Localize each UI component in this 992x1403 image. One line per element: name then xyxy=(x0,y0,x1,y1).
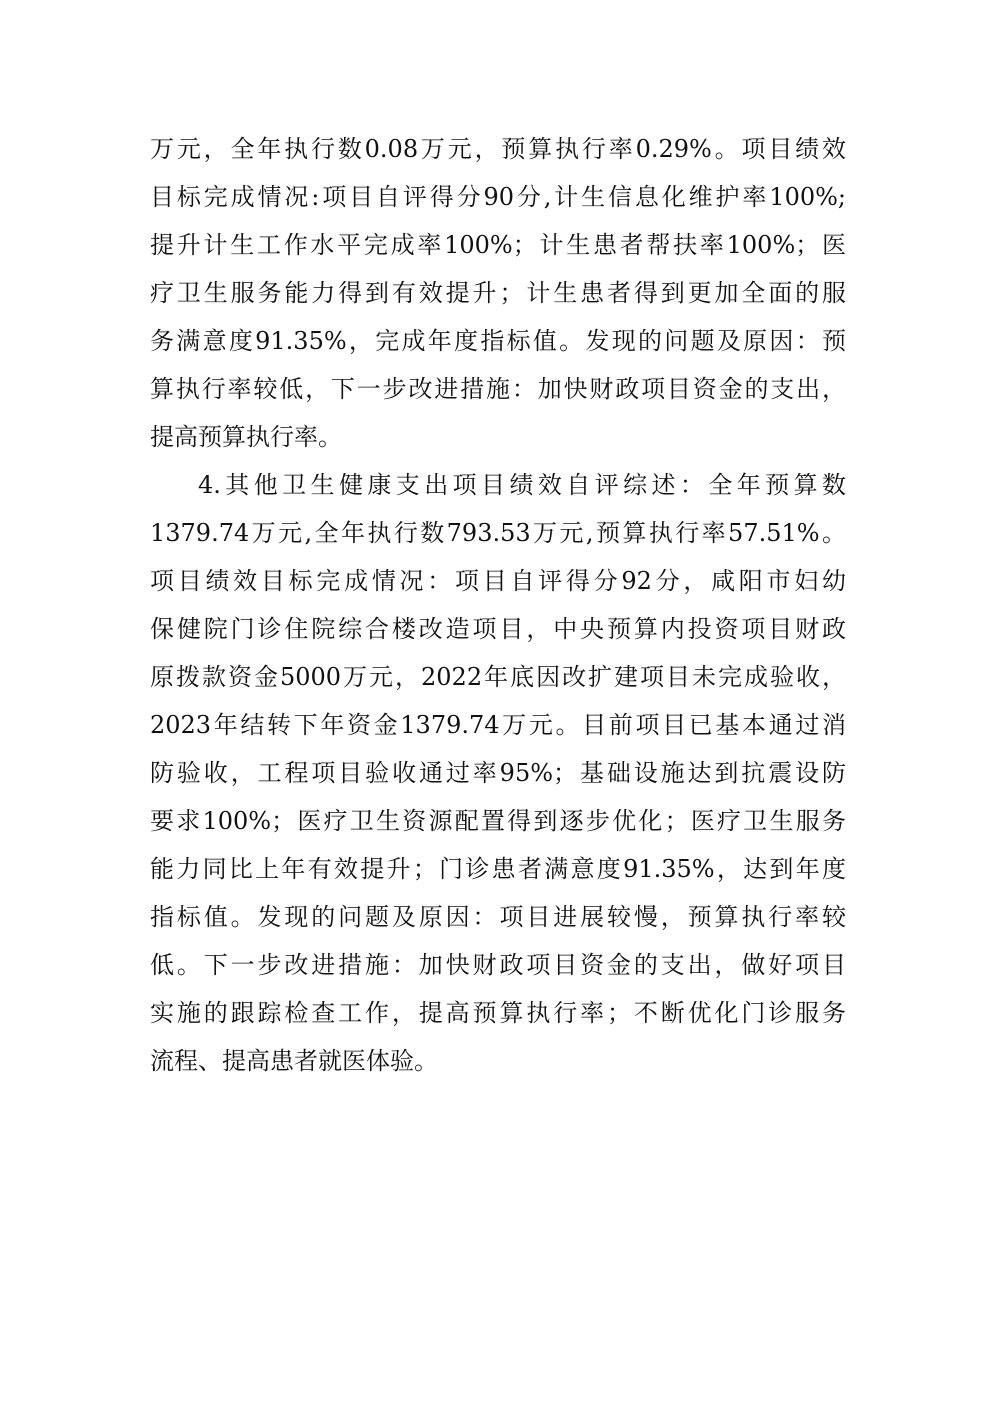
text-line: 提升计生工作水平完成率100%；计生患者帮扶率100%；医 xyxy=(150,223,846,267)
document-page: 万元，全年执行数0.08万元，预算执行率0.29%。项目绩效 目标完成情况:项目… xyxy=(0,0,992,1403)
text-line: 务满意度91.35%，完成年度指标值。发现的问题及原因：预 xyxy=(150,319,846,363)
text-line: 提高预算执行率。 xyxy=(150,415,846,459)
text-line: 目标完成情况:项目自评得分90分,计生信息化维护率100%; xyxy=(150,175,846,219)
text-line: 防验收，工程项目验收通过率95%；基础设施达到抗震设防 xyxy=(150,751,846,795)
text-line: 算执行率较低，下一步改进措施：加快财政项目资金的支出， xyxy=(150,367,846,411)
text-line: 低。下一步改进措施：加快财政项目资金的支出，做好项目 xyxy=(150,943,846,987)
text-line: 指标值。发现的问题及原因：项目进展较慢，预算执行率较 xyxy=(150,895,846,939)
text-line: 疗卫生服务能力得到有效提升；计生患者得到更加全面的服 xyxy=(150,271,846,315)
text-line: 万元，全年执行数0.08万元，预算执行率0.29%。项目绩效 xyxy=(150,127,846,171)
text-line: 要求100%；医疗卫生资源配置得到逐步优化；医疗卫生服务 xyxy=(150,799,846,843)
text-line: 保健院门诊住院综合楼改造项目，中央预算内投资项目财政 xyxy=(150,607,846,651)
text-line: 能力同比上年有效提升；门诊患者满意度91.35%，达到年度 xyxy=(150,847,846,891)
text-line: 流程、提高患者就医体验。 xyxy=(150,1039,846,1083)
paragraph-heading-line: 4.其他卫生健康支出项目绩效自评综述：全年预算数 xyxy=(198,463,846,507)
text-line: 1379.74万元,全年执行数793.53万元,预算执行率57.51%。 xyxy=(150,511,846,555)
text-line: 2023年结转下年资金1379.74万元。目前项目已基本通过消 xyxy=(150,703,846,747)
text-line: 项目绩效目标完成情况：项目自评得分92分，咸阳市妇幼 xyxy=(150,559,846,603)
text-line: 实施的跟踪检查工作，提高预算执行率；不断优化门诊服务 xyxy=(150,991,846,1035)
text-line: 原拨款资金5000万元，2022年底因改扩建项目未完成验收， xyxy=(150,655,846,699)
